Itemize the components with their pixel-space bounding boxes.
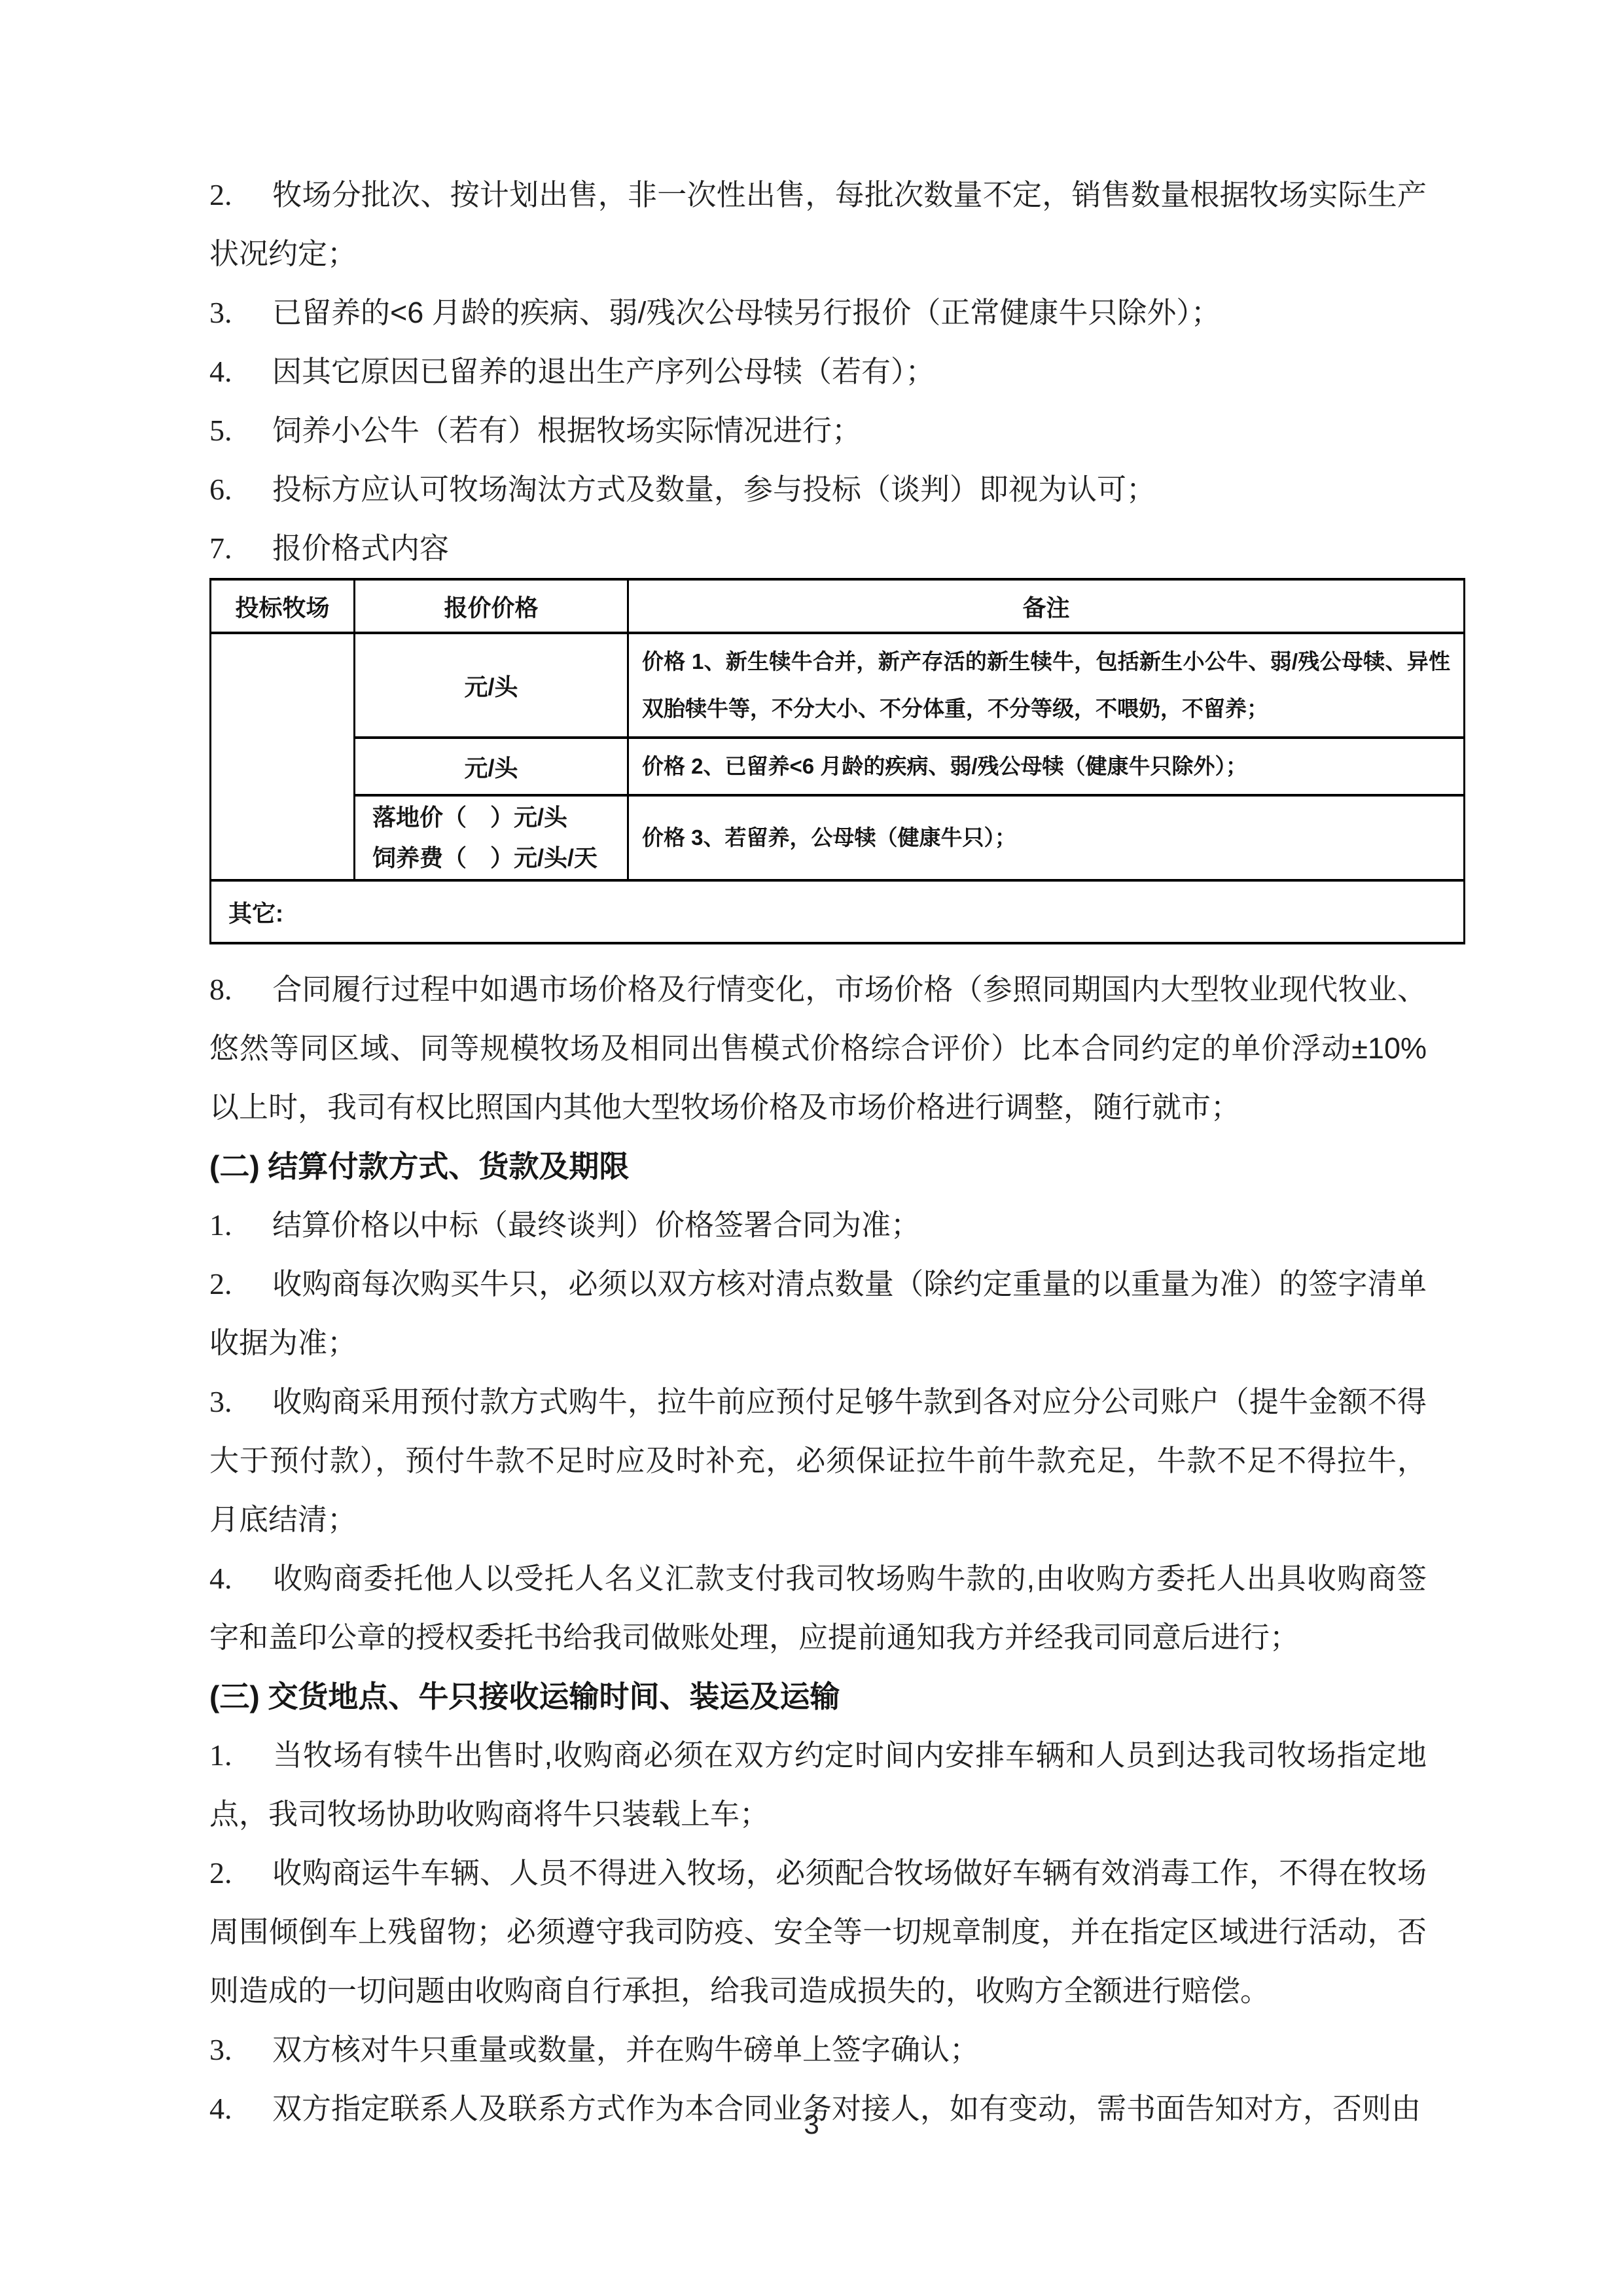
- page-number: 3: [0, 2109, 1623, 2140]
- clause-number: 2.: [209, 1844, 272, 1903]
- clause-number: 2.: [209, 166, 272, 224]
- document-content: 2.牧场分批次、按计划出售，非一次性出售，每批次数量不定，销售数量根据牧场实际生…: [0, 0, 1623, 2138]
- clause-number: 1.: [209, 1726, 272, 1785]
- remark-cell: 价格 3、若留养，公母犊（健康牛只）；: [628, 795, 1465, 880]
- clause-item: 2.收购商每次购买牛只，必须以双方核对清点数量（除约定重量的以重量为准）的签字清…: [209, 1255, 1427, 1372]
- clause-item: 4.收购商委托他人以受托人名义汇款支付我司牧场购牛款的,由收购方委托人出具收购商…: [209, 1549, 1427, 1667]
- remark-cell: 价格 1、新生犊牛合并，新产存活的新生犊牛，包括新生小公牛、弱/残公母犊、异性双…: [628, 633, 1465, 738]
- header-cell-farm: 投标牧场: [211, 579, 355, 633]
- clause-text: 合同履行过程中如遇市场价格及行情变化，市场价格（参照同期国内大型牧业现代牧业、悠…: [209, 973, 1427, 1124]
- price-feeding-line: 饲养费（ ）元/头/天: [372, 838, 626, 878]
- clause-text: 报价格式内容: [272, 531, 449, 565]
- quote-format-table: 投标牧场 报价价格 备注 元/头 价格 1、新生犊牛合并，新产存活的新生犊牛，包…: [209, 578, 1465, 944]
- clause-number: 8.: [209, 960, 272, 1019]
- clause-number: 3.: [209, 2020, 272, 2079]
- clause-text: 当牧场有犊牛出售时,收购商必须在双方约定时间内安排车辆和人员到达我司牧场指定地点…: [209, 1738, 1427, 1831]
- clause-text: 因其它原因已留养的退出生产序列公母犊（若有）；: [272, 355, 935, 388]
- clause-text: 投标方应认可牧场淘汰方式及数量，参与投标（谈判）即视为认可；: [272, 473, 1156, 506]
- clause-item: 5.饲养小公牛（若有）根据牧场实际情况进行；: [209, 401, 1427, 460]
- table-row: 元/头 价格 1、新生犊牛合并，新产存活的新生犊牛，包括新生小公牛、弱/残公母犊…: [211, 633, 1465, 738]
- remark-cell: 价格 2、已留养<6 月龄的疾病、弱/残公母犊（健康牛只除外）；: [628, 738, 1465, 795]
- clause-text: 收购商采用预付款方式购牛，拉牛前应预付足够牛款到各对应分公司账户（提牛金额不得大…: [209, 1385, 1427, 1536]
- clause-number: 3.: [209, 283, 272, 342]
- header-cell-remark: 备注: [628, 579, 1465, 633]
- clause-number: 1.: [209, 1196, 272, 1255]
- table-header-row: 投标牧场 报价价格 备注: [211, 579, 1465, 633]
- section-heading: (三) 交货地点、牛只接收运输时间、装运及运输: [209, 1667, 1427, 1726]
- clause-text: 收购商委托他人以受托人名义汇款支付我司牧场购牛款的,由收购方委托人出具收购商签字…: [209, 1562, 1427, 1654]
- clause-number: 4.: [209, 342, 272, 401]
- header-cell-price: 报价价格: [355, 579, 628, 633]
- farm-name-empty-cell: [211, 633, 355, 880]
- price-landed-line: 落地价（ ）元/头: [372, 797, 626, 838]
- clause-number: 5.: [209, 401, 272, 460]
- clause-number: 2.: [209, 1255, 272, 1314]
- clause-item: 1.当牧场有犊牛出售时,收购商必须在双方约定时间内安排车辆和人员到达我司牧场指定…: [209, 1726, 1427, 1844]
- table-row: 落地价（ ）元/头 饲养费（ ）元/头/天 价格 3、若留养，公母犊（健康牛只）…: [211, 795, 1465, 880]
- section-heading: (二) 结算付款方式、货款及期限: [209, 1137, 1427, 1196]
- clause-item: 3.双方核对牛只重量或数量，并在购牛磅单上签字确认；: [209, 2020, 1427, 2079]
- clause-number: 6.: [209, 460, 272, 519]
- table-row: 其它:: [211, 880, 1465, 943]
- price-unit-cell: 元/头: [355, 633, 628, 738]
- clause-item: 2.牧场分批次、按计划出售，非一次性出售，每批次数量不定，销售数量根据牧场实际生…: [209, 166, 1427, 283]
- clause-item: 2.收购商运牛车辆、人员不得进入牧场，必须配合牧场做好车辆有效消毒工作，不得在牧…: [209, 1844, 1427, 2020]
- clause-item: 3.收购商采用预付款方式购牛，拉牛前应预付足够牛款到各对应分公司账户（提牛金额不…: [209, 1372, 1427, 1549]
- clause-text: 饲养小公牛（若有）根据牧场实际情况进行；: [272, 414, 861, 447]
- clause-text: 收购商每次购买牛只，必须以双方核对清点数量（除约定重量的以重量为准）的签字清单收…: [209, 1267, 1427, 1359]
- clause-text: 双方核对牛只重量或数量，并在购牛磅单上签字确认；: [272, 2033, 979, 2066]
- clause-item: 7.报价格式内容: [209, 519, 1427, 578]
- price-detail-cell: 落地价（ ）元/头 饲养费（ ）元/头/天: [355, 795, 628, 880]
- other-cell: 其它:: [211, 880, 1465, 943]
- clause-item: 6.投标方应认可牧场淘汰方式及数量，参与投标（谈判）即视为认可；: [209, 460, 1427, 519]
- table-row: 元/头 价格 2、已留养<6 月龄的疾病、弱/残公母犊（健康牛只除外）；: [211, 738, 1465, 795]
- clause-text: 已留养的<6 月龄的疾病、弱/残次公母犊另行报价（正常健康牛只除外）；: [272, 296, 1221, 329]
- clause-text: 结算价格以中标（最终谈判）价格签署合同为准；: [272, 1208, 920, 1242]
- clause-item: 8.合同履行过程中如遇市场价格及行情变化，市场价格（参照同期国内大型牧业现代牧业…: [209, 960, 1427, 1137]
- clause-number: 7.: [209, 519, 272, 578]
- clause-text: 收购商运牛车辆、人员不得进入牧场，必须配合牧场做好车辆有效消毒工作，不得在牧场周…: [209, 1856, 1427, 2007]
- price-unit-cell: 元/头: [355, 738, 628, 795]
- clause-item: 3.已留养的<6 月龄的疾病、弱/残次公母犊另行报价（正常健康牛只除外）；: [209, 283, 1427, 342]
- document-page: 2.牧场分批次、按计划出售，非一次性出售，每批次数量不定，销售数量根据牧场实际生…: [0, 0, 1623, 2296]
- clause-item: 1.结算价格以中标（最终谈判）价格签署合同为准；: [209, 1196, 1427, 1255]
- clause-number: 3.: [209, 1372, 272, 1431]
- clause-number: 4.: [209, 1549, 272, 1608]
- clause-item: 4.因其它原因已留养的退出生产序列公母犊（若有）；: [209, 342, 1427, 401]
- clause-text: 牧场分批次、按计划出售，非一次性出售，每批次数量不定，销售数量根据牧场实际生产状…: [209, 178, 1427, 270]
